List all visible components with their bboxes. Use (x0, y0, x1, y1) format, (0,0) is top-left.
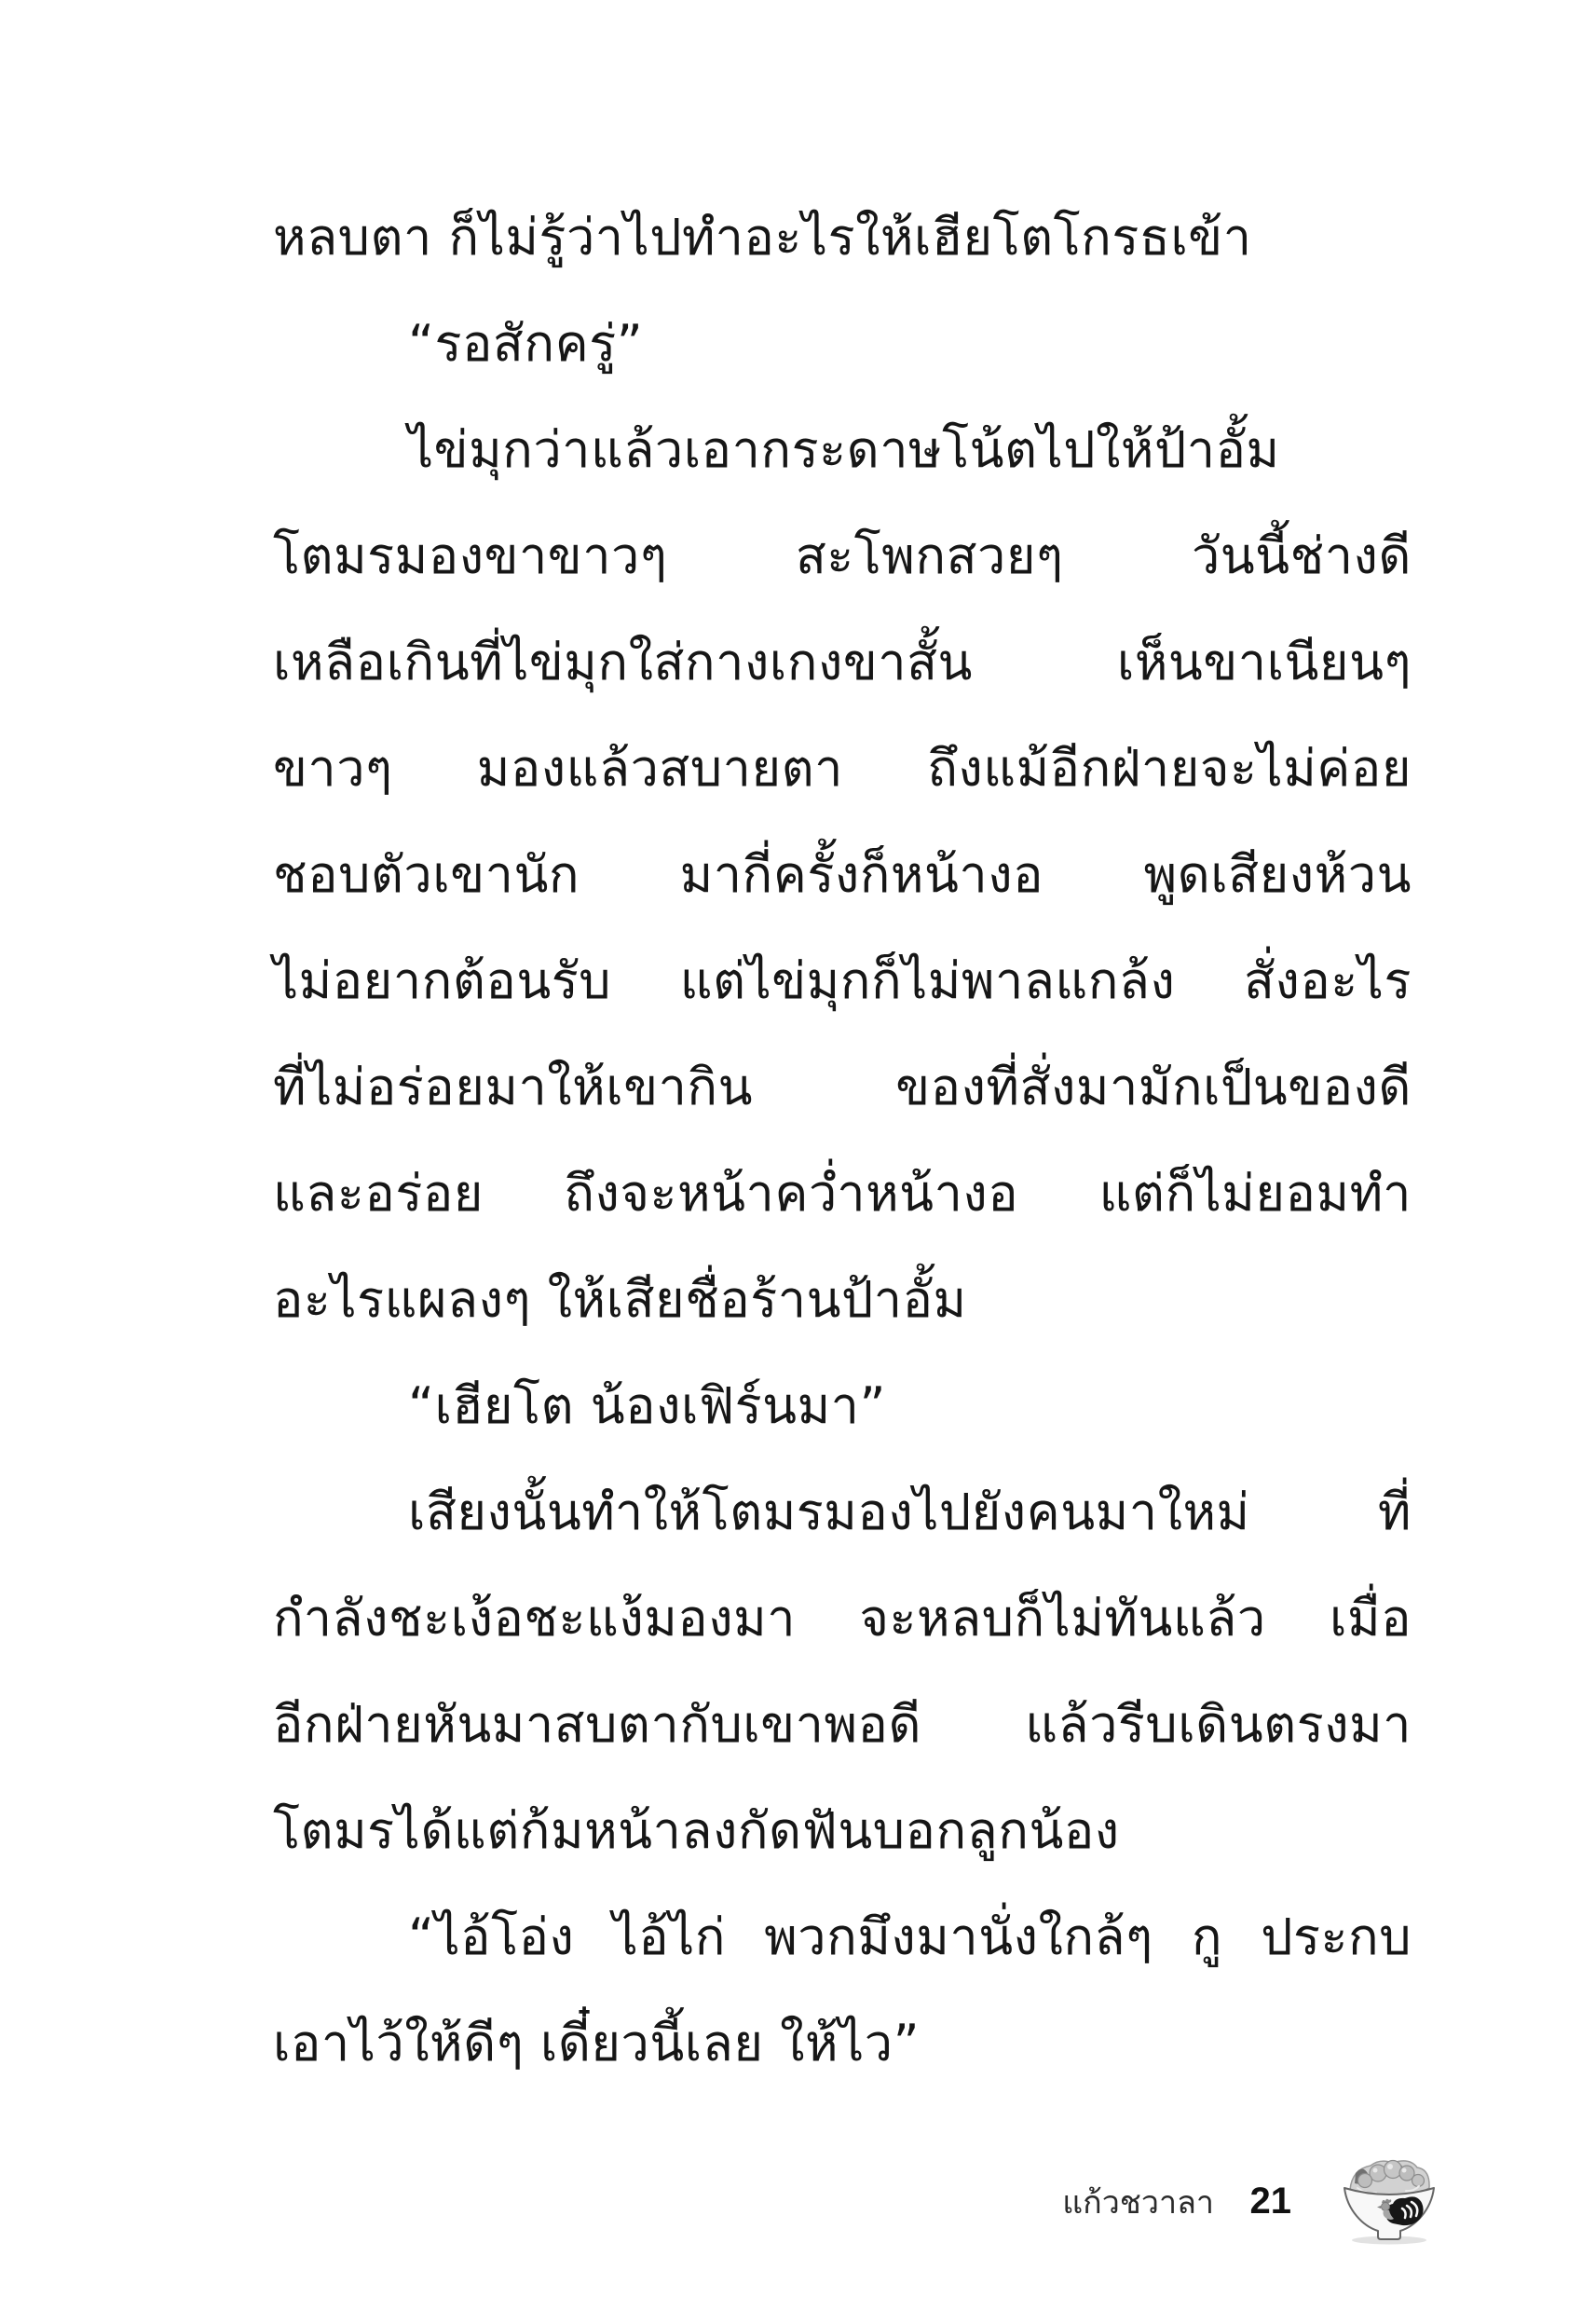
text-line: ไข่มุกว่าแล้วเอากระดาษโน้ตไปให้ป้าอั้ม (273, 397, 1412, 503)
text-line: อีกฝ่ายหันมาสบตากับเขาพอดีแล้วรีบเดินตรง… (273, 1672, 1412, 1778)
page-number: 21 (1250, 2177, 1292, 2225)
text-line: “ไอ้โอ่งไอ้ไก่พวกมึงมานั่งใกล้ๆกูประกบ (273, 1884, 1412, 1990)
text-line: หลบตา ก็ไม่รู้ว่าไปทำอะไรให้เฮียโตโกรธเข… (273, 185, 1412, 291)
book-page: หลบตา ก็ไม่รู้ว่าไปทำอะไรให้เฮียโตโกรธเข… (0, 0, 1596, 2311)
text-line: กำลังชะเง้อชะแง้มองมาจะหลบก็ไม่ทันแล้วเม… (273, 1566, 1412, 1672)
text-line: เอาไว้ให้ดีๆ เดี๋ยวนี้เลย ให้ไว” (273, 1990, 1412, 2097)
text-line: ที่ไม่อร่อยมาให้เขากินของที่สั่งมามักเป็… (273, 1034, 1412, 1141)
rooster-noodle-bowl-icon (1337, 2156, 1441, 2246)
text-line: เสียงนั้นทำให้โตมรมองไปยังคนมาใหม่ที่ (273, 1459, 1412, 1566)
running-title: แก้วชวาลา (1062, 2179, 1214, 2227)
text-line: เหลือเกินที่ไข่มุกใส่กางเกงขาสั้นเห็นขาเ… (273, 609, 1412, 716)
text-line: “เฮียโต น้องเฟิร์นมา” (273, 1353, 1412, 1459)
text-line: โตมรมองขาขาวๆสะโพกสวยๆวันนี้ช่างดี (273, 503, 1412, 609)
text-line: อะไรแผลงๆ ให้เสียชื่อร้านป้าอั้ม (273, 1247, 1412, 1353)
text-line: ขาวๆมองแล้วสบายตาถึงแม้อีกฝ่ายจะไม่ค่อย (273, 716, 1412, 822)
text-line: ไม่อยากต้อนรับแต่ไข่มุกก็ไม่พาลแกล้งสั่ง… (273, 928, 1412, 1034)
text-line: “รอสักครู่” (273, 291, 1412, 397)
text-line: ชอบตัวเขานักมากี่ครั้งก็หน้างอพูดเสียงห้… (273, 822, 1412, 928)
body-text: หลบตา ก็ไม่รู้ว่าไปทำอะไรให้เฮียโตโกรธเข… (273, 185, 1412, 2097)
text-line: โตมรได้แต่ก้มหน้าลงกัดฟันบอกลูกน้อง (273, 1778, 1412, 1884)
text-line: และอร่อยถึงจะหน้าคว่ำหน้างอแต่ก็ไม่ยอมทำ (273, 1141, 1412, 1247)
